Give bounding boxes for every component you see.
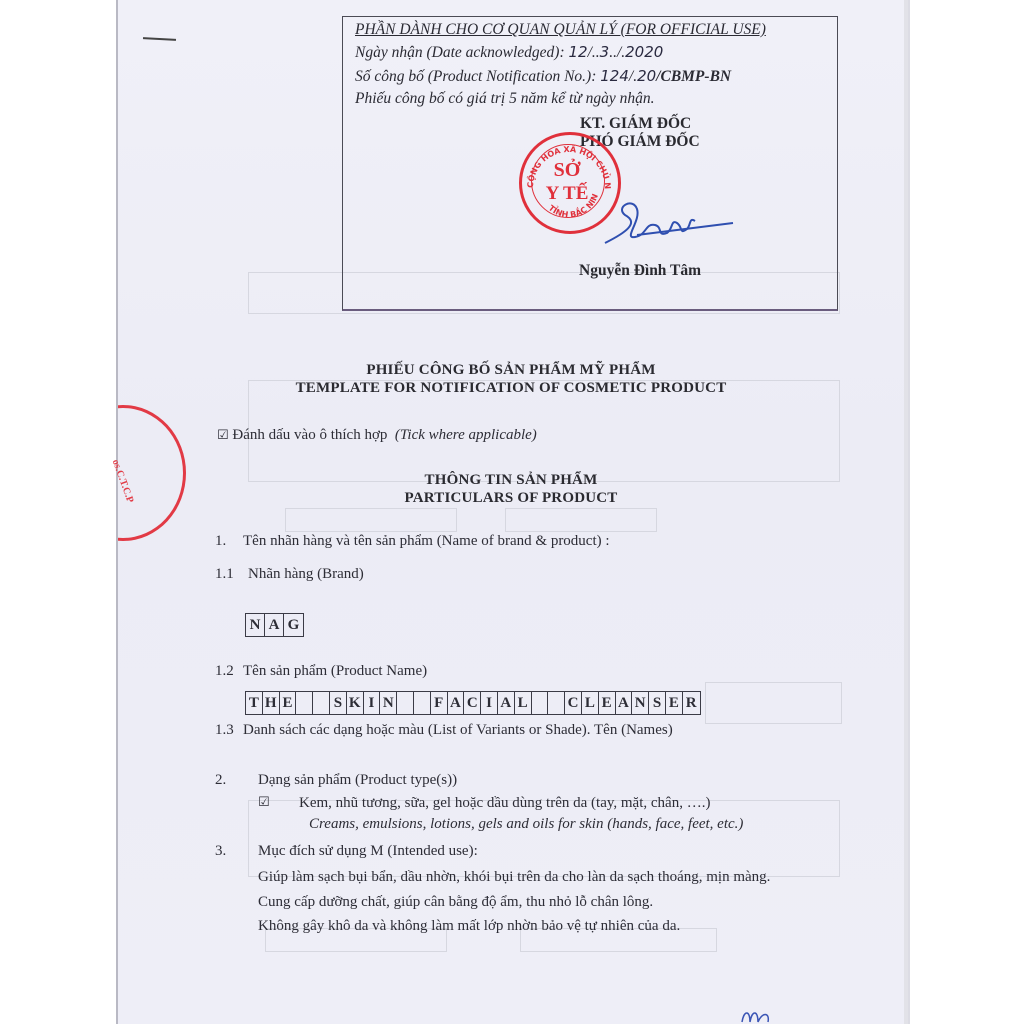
- bleed-through-grid: [505, 508, 657, 532]
- signer-title-1: KT. GIÁM ĐỐC: [580, 115, 691, 133]
- section-title-en: PARTICULARS OF PRODUCT: [116, 490, 906, 507]
- product-name-char: A: [616, 692, 633, 714]
- page-edge: [904, 0, 908, 1024]
- notification-label: Số công bố (Product Notification No.):: [355, 68, 600, 85]
- tick-instruction: ☑ Đánh dấu vào ô thích hợp (Tick where a…: [217, 427, 537, 444]
- product-name-char: [532, 692, 549, 714]
- product-name-char-boxes: THESKINFACIALCLEANSER: [245, 691, 701, 715]
- product-name-char: L: [582, 692, 599, 714]
- item-1-3-number: 1.3: [215, 722, 234, 739]
- product-name-char: R: [683, 692, 700, 714]
- date-acknowledged-row: Ngày nhận (Date acknowledged): 12/..3../…: [355, 43, 663, 62]
- product-name-char: [414, 692, 431, 714]
- product-name-char: K: [347, 692, 364, 714]
- product-name-char: [296, 692, 313, 714]
- brand-char: G: [284, 614, 303, 636]
- notification-number-row: Số công bố (Product Notification No.): 1…: [355, 67, 731, 86]
- brand-char: N: [246, 614, 265, 636]
- product-name-char: F: [431, 692, 448, 714]
- product-name-char: [397, 692, 414, 714]
- validity-note: Phiếu công bố có giá trị 5 năm kể từ ngà…: [355, 90, 654, 108]
- product-name-char: I: [364, 692, 381, 714]
- date-month: 3: [600, 43, 610, 61]
- item-3-number: 3.: [215, 843, 226, 860]
- product-name-char: [313, 692, 330, 714]
- product-type-option-en: Creams, emulsions, lotions, gels and oil…: [309, 816, 743, 833]
- product-name-char: [548, 692, 565, 714]
- product-name-char: S: [649, 692, 666, 714]
- item-3-label: Mục đích sử dụng M (Intended use):: [258, 843, 478, 860]
- date-year: 2020: [625, 43, 663, 61]
- form-title-vi: PHIẾU CÔNG BỐ SẢN PHẨM MỸ PHẨM: [116, 362, 906, 379]
- intended-use-line: Giúp làm sạch bụi bẩn, dầu nhờn, khói bụ…: [258, 869, 770, 886]
- product-name-char: E: [599, 692, 616, 714]
- intended-use-line: Cung cấp dưỡng chất, giúp cân bằng độ ẩm…: [258, 894, 653, 911]
- notification-number: 124: [600, 67, 629, 85]
- product-name-char: L: [515, 692, 532, 714]
- product-name-char: C: [565, 692, 582, 714]
- item-1-2-label: Tên sản phẩm (Product Name): [243, 663, 427, 680]
- intended-use-line: Không gây khô da và không làm mất lớp nh…: [258, 918, 680, 935]
- item-2-label: Dạng sản phẩm (Product type(s)): [258, 772, 457, 789]
- bleed-through-grid: [705, 682, 842, 724]
- item-1-2-number: 1.2: [215, 663, 234, 680]
- product-type-checkbox-icon: ☑: [258, 795, 270, 810]
- bleed-through-grid: [285, 508, 457, 532]
- product-name-char: A: [448, 692, 465, 714]
- item-2-number: 2.: [215, 772, 226, 789]
- item-1-3-label: Danh sách các dạng hoặc màu (List of Var…: [243, 722, 673, 739]
- product-name-char: A: [498, 692, 515, 714]
- signature-scribble: [585, 195, 735, 255]
- item-1-1-number: 1.1: [215, 566, 234, 583]
- item-1-number: 1.: [215, 533, 226, 550]
- tick-instruction-vi: Đánh dấu vào ô thích hợp: [232, 427, 387, 443]
- product-name-char: N: [632, 692, 649, 714]
- section-title-vi: THÔNG TIN SẢN PHẨM: [116, 472, 906, 489]
- tick-instruction-en: (Tick where applicable): [395, 427, 537, 443]
- item-1-1-label: Nhãn hàng (Brand): [248, 566, 364, 583]
- product-type-option-vi: Kem, nhũ tương, sữa, gel hoặc dầu dùng t…: [299, 795, 710, 812]
- checkbox-checked-icon: ☑: [217, 428, 229, 443]
- stamp-center-text-1: SỞ: [519, 159, 615, 182]
- notification-year: 20: [637, 67, 656, 85]
- product-name-char: I: [481, 692, 498, 714]
- date-acknowledged-label: Ngày nhận (Date acknowledged):: [355, 44, 569, 61]
- product-name-char: N: [380, 692, 397, 714]
- official-use-title: PHẦN DÀNH CHO CƠ QUAN QUẢN LÝ (FOR OFFIC…: [355, 21, 766, 39]
- form-title-en: TEMPLATE FOR NOTIFICATION OF COSMETIC PR…: [116, 380, 906, 397]
- item-1-label: Tên nhãn hàng và tên sản phẩm (Name of b…: [243, 533, 610, 550]
- date-day: 12: [569, 43, 588, 61]
- product-name-char: E: [666, 692, 683, 714]
- notification-suffix: /CBMP-BN: [656, 68, 731, 85]
- product-name-char: T: [246, 692, 263, 714]
- brand-char: A: [265, 614, 284, 636]
- product-name-char: C: [464, 692, 481, 714]
- product-name-char: E: [280, 692, 297, 714]
- product-name-char: H: [263, 692, 280, 714]
- brand-char-boxes: N A G: [245, 613, 304, 637]
- product-name-char: S: [330, 692, 347, 714]
- initials-scribble: [740, 1008, 780, 1024]
- signer-name: Nguyễn Đình Tâm: [579, 262, 701, 280]
